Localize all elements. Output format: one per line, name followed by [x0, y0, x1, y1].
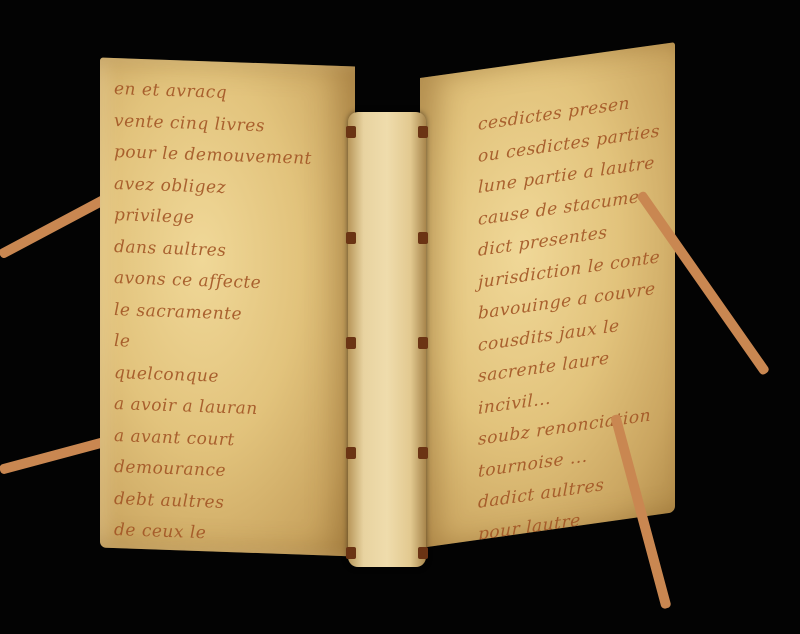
left-cover-handwriting: en et avracqvente cinq livrespour le dem…	[114, 74, 345, 555]
book-spine	[348, 112, 426, 567]
book-photo: en et avracqvente cinq livrespour le dem…	[0, 0, 800, 634]
right-cover: cesdictes presenou cesdictes partieslune…	[420, 42, 675, 548]
left-cover: en et avracqvente cinq livrespour le dem…	[100, 58, 355, 557]
